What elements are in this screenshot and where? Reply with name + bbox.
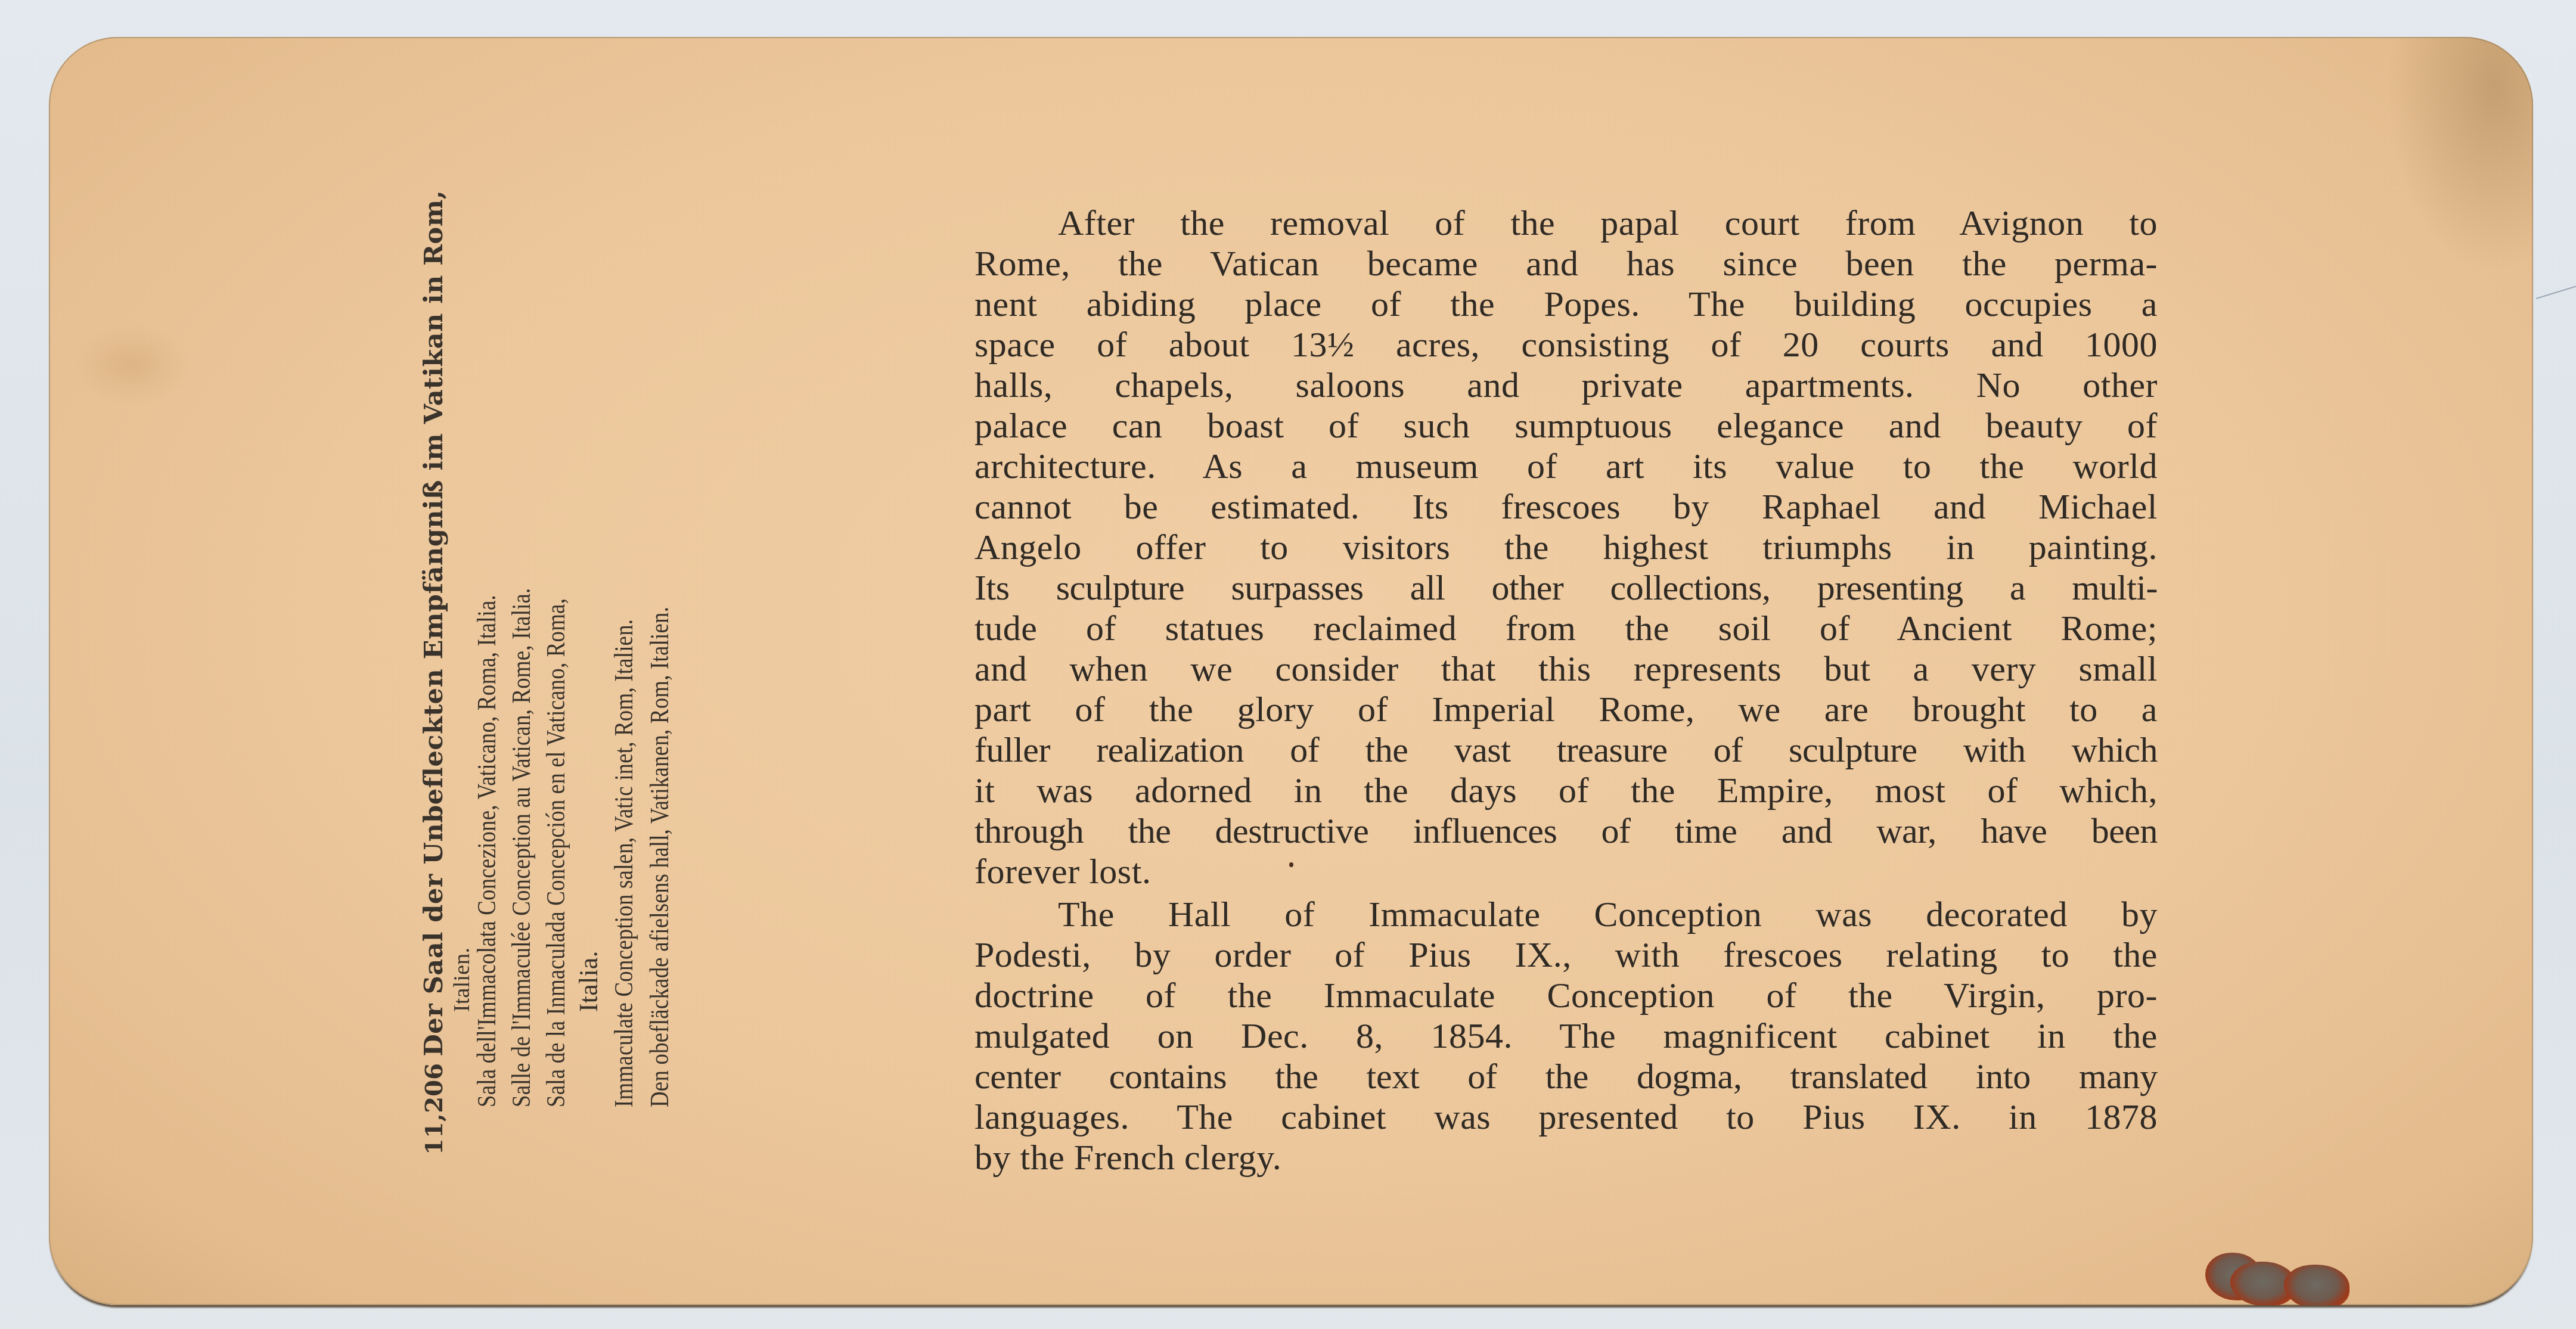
caption-line-german: 11,206 Der Saal der Unbefleckten Empfäng… [421,190,447,1155]
age-stain-left [73,323,192,406]
paragraph-1-line: halls, chapels, saloons and private apar… [974,365,2158,405]
paragraph-2-line: center contains the text of the dogma, t… [974,1056,2158,1097]
paragraph-1-line: cannot be estimated. Its frescoes by Rap… [974,486,2158,527]
paragraph-1-line: Angelo offer to visitors the highest tri… [974,527,2158,567]
multilingual-caption: 11,206 Der Saal der Unbefleckten Empfäng… [417,190,691,1155]
caption-text-german: Der Saal der Unbefleckten Empfängniß im … [419,190,449,1057]
caption-text-french: Salle de l'Immaculée Conception au Vatic… [508,588,535,1107]
caption-text-swedish: Immaculate Conception salen, Vatic inet,… [611,619,637,1107]
caption-line-danish: Den obefläckade afielsens hall, Vatikane… [647,511,673,1107]
caption-line-french: Salle de l'Immaculée Conception au Vatic… [508,489,535,1107]
paragraph-1-line: Rome, the Vatican became and has since b… [974,243,2158,284]
paragraph-1-line: palace can boast of such sumptuous elega… [974,405,2158,446]
caption-line-german-continuation: Italien. [451,948,473,1012]
paragraph-1-line: Its sculpture surpasses all other collec… [974,567,2158,608]
paragraph-1-line: tude of statues reclaimed from the soil … [974,608,2158,648]
caption-line-swedish: Immaculate Conception salen, Vatic inet,… [611,526,637,1107]
caption-text-italian: Sala dell'Immacolata Concezione, Vatican… [474,595,500,1107]
paragraph-2-line: Podesti, by order of Pius IX., with fres… [974,934,2158,975]
caption-text-spanish: Sala de la Inmaculada Concepción en el V… [543,598,569,1107]
paragraph-1-line: After the removal of the papal court fro… [974,203,2158,243]
paragraph-2-line: languages. The cabinet was presented to … [974,1097,2158,1137]
paragraph-1-line: and when we consider that this represent… [974,648,2158,689]
paragraph-2-line: mulgated on Dec. 8, 1854. The magnificen… [974,1016,2158,1056]
caption-line-italian: Sala dell'Immacolata Concezione, Vatican… [474,497,500,1107]
paragraph-1-line: space of about 13½ acres, consisting of … [974,324,2158,365]
paragraph-1-line: it was adorned in the days of the Empire… [974,770,2158,811]
paragraph-1-line: architecture. As a museum of art its val… [974,446,2158,486]
paragraph-1-line: part of the glory of Imperial Rome, we a… [974,689,2158,729]
paragraph-2-line: The Hall of Immaculate Conception was de… [974,894,2158,934]
ink-speck [1289,862,1293,867]
caption-line-spanish: Sala de la Inmaculada Concepción en el V… [543,501,569,1107]
age-stain-top-right [2378,37,2533,287]
rust-stain [2284,1265,2350,1305]
paragraph-1-line: fuller realization of the vast treasure … [974,729,2158,770]
paragraph-2-line: by the French clergy. [974,1137,2158,1178]
paragraph-1-line: nent abiding place of the Popes. The bui… [974,284,2158,324]
catalog-number: 11,206 [420,1063,448,1155]
paragraph-2-line: doctrine of the Immaculate Conception of… [974,975,2158,1016]
caption-text-danish: Den obefläckade afielsens hall, Vatikane… [647,607,673,1107]
paragraph-1-line: forever lost. [974,851,2158,892]
caption-line-spanish-continuation: Italia. [576,951,602,1012]
paragraph-1-line: through the destructive influences of ti… [974,811,2158,851]
